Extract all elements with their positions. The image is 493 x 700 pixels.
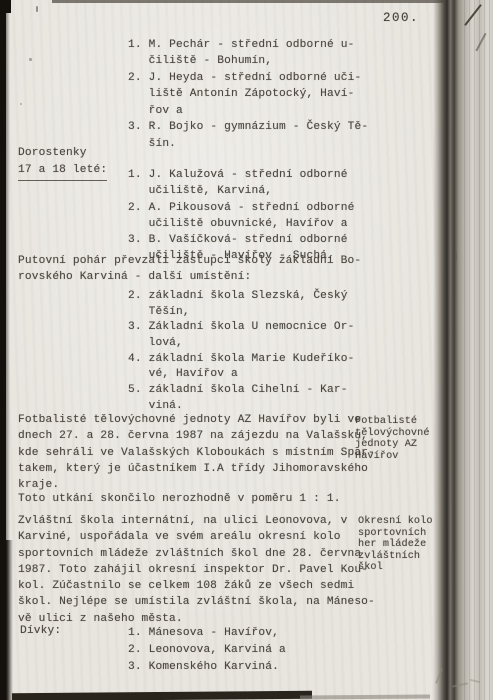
scan-speck (29, 58, 32, 61)
paragraph-putovni-pohar: Putovní pohár převzali zástupci školy zá… (18, 253, 361, 286)
margin-note-fotbaliste: Fotbalistétělovýchovnéjednoty AZHavířov (355, 416, 440, 462)
text-line: Fotbalisté (355, 416, 440, 428)
text-line: 4. základní škola Marie Kudeříko- (128, 352, 355, 368)
text-line: 5. základní škola Cihelní - Kar- (128, 383, 355, 399)
text-line: 2. A. Pikousová - střední odborné (128, 200, 355, 216)
text-line: Havířov (355, 451, 440, 463)
text-line: dnech 27. a 28. června 1987 na zájezdu n… (18, 428, 375, 444)
text-line: Zvláštní škola internátní, na ulici Leon… (18, 513, 375, 529)
text-line: zvláštních (358, 551, 443, 563)
scan-speck (20, 103, 22, 105)
list-dorostenci: 1. M. Pechár - střední odborné u- čilišt… (128, 37, 368, 152)
text-line: Fotbalisté tělovýchovné jednoty AZ Havíř… (18, 412, 375, 428)
text-line: Putovní pohár převzali zástupci školy zá… (18, 253, 361, 269)
text-line: sportovních (358, 528, 443, 540)
match-result-line: Toto utkání skončilo nerozhodně v poměru… (18, 493, 341, 505)
text-line: 3. Základní škola U nemocnice Or- (128, 320, 355, 336)
text-line: kde sehráli ve Valašských Kloboukách s m… (18, 445, 375, 461)
text-line: 3. R. Bojko - gymnázium - Český Tě- (128, 119, 368, 135)
scan-speck (455, 252, 457, 261)
text-line: rovského Karviná - další umístění: (18, 269, 361, 285)
paragraph-fotbaliste: Fotbalisté tělovýchovné jednoty AZ Havíř… (18, 412, 375, 493)
text-line: her mládeže (358, 539, 443, 551)
text-line: takem, který je účastníkem I.A třídy Jih… (18, 461, 375, 477)
text-line: 2. základní škola Slezská, Český (128, 289, 355, 305)
page-edge-band (464, 0, 493, 700)
text-line: 2. J. Heyda - střední odborné uči- (128, 70, 368, 86)
text-line: Karviné, uspořádala ve svém areálu okres… (18, 529, 375, 545)
text-line: 3. B. Vašíčková- střední odborné (128, 232, 355, 248)
text-line: šín. (128, 136, 368, 152)
text-line: čiliště - Bohumín, (128, 53, 368, 69)
text-line: jednoty AZ (355, 439, 440, 451)
text-line: sportovních mládeže zvláštních škol dne … (18, 546, 375, 562)
text-line: 1987. Toto zahájil okresní inspektor Dr.… (18, 562, 375, 578)
scanned-page: 200. 1. M. Pechár - střední odborné u- č… (0, 0, 493, 700)
top-left-corner-mark (0, 0, 11, 13)
text-line: lová, (128, 336, 355, 352)
heading-line-1: Dorostenky (18, 145, 107, 162)
text-line: kraje. (18, 477, 375, 493)
text-line: tělovýchovné (355, 428, 440, 440)
bottom-edge-band (12, 691, 312, 700)
left-edge-bottom-wedge (0, 540, 13, 700)
text-line: 1. J. Kalužová - střední odborné (128, 167, 355, 183)
heading-dorostenky: Dorostenky 17 a 18 leté: (18, 145, 107, 179)
scan-speck (36, 6, 38, 12)
binding-shadow-band (433, 0, 465, 700)
text-line: 3. Komenského Karviná. (128, 659, 286, 676)
text-line: 1. M. Pechár - střední odborné u- (128, 37, 368, 53)
underlined-age-label: 17 a 18 leté: (18, 162, 107, 181)
text-line: 1. Mánesova - Havířov, (128, 625, 286, 642)
heading-line-2: 17 a 18 leté: (18, 162, 107, 179)
text-line: škol (358, 562, 443, 574)
text-line: škol. Nejlépe se umístila zvláštní škola… (18, 594, 375, 610)
divky-label: Dívky: (20, 625, 61, 637)
page-number: 200. (383, 11, 419, 25)
margin-note-okresni-kolo: Okresní kolosportovníchher mládežezvlášt… (358, 516, 443, 574)
top-edge-line (52, 0, 444, 3)
text-line: Těšín, (128, 305, 355, 321)
text-line: řov a (128, 103, 368, 119)
text-line: učiliště, Karviná, (128, 183, 355, 199)
text-line: kol. Zúčastnilo se celkem 108 žáků ze vš… (18, 578, 375, 594)
text-line: učiliště obuvnické, Havířov a (128, 216, 355, 232)
text-line: vé, Havířov a (128, 367, 355, 383)
text-line: Okresní kolo (358, 516, 443, 528)
list-zakladni-skoly: 2. základní škola Slezská, Český Těšín,3… (128, 289, 355, 415)
list-divky: 1. Mánesova - Havířov,2. Leonovova, Karv… (128, 625, 286, 675)
text-line: liště Antonín Zápotocký, Haví- (128, 86, 368, 102)
text-line: 2. Leonovova, Karviná a (128, 642, 286, 659)
list-dorostenky: 1. J. Kalužová - střední odborné učilišt… (128, 167, 355, 265)
paragraph-zvlastni-skola: Zvláštní škola internátní, na ulici Leon… (18, 513, 375, 627)
